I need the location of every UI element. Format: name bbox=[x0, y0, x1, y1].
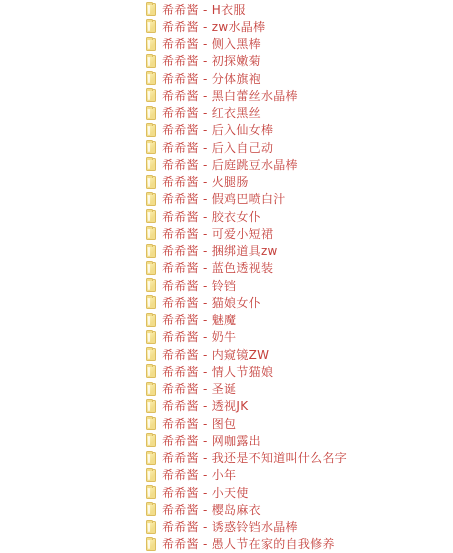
file-name: 希希酱 - 图包 bbox=[162, 418, 236, 430]
file-row[interactable]: 希希酱 - 图包 bbox=[146, 415, 347, 432]
file-row[interactable]: 希希酱 - 圣诞 bbox=[146, 381, 347, 398]
file-row[interactable]: 希希酱 - 胶衣女仆 bbox=[146, 208, 347, 225]
file-row[interactable]: 希希酱 - 假鸡巴喷白汁 bbox=[146, 191, 347, 208]
file-name: 希希酱 - 后入仙女棒 bbox=[162, 124, 273, 136]
file-name: 希希酱 - 蓝色透视装 bbox=[162, 262, 273, 274]
file-name: 希希酱 - 后庭跳豆水晶棒 bbox=[162, 159, 298, 171]
file-name: 希希酱 - 分体旗袍 bbox=[162, 73, 261, 85]
file-name: 希希酱 - H衣服 bbox=[162, 4, 246, 16]
folder-icon bbox=[146, 296, 156, 309]
file-row[interactable]: 希希酱 - 魅魔 bbox=[146, 312, 347, 329]
file-name: 希希酱 - 后入自己动 bbox=[162, 142, 273, 154]
file-name: 希希酱 - 胶衣女仆 bbox=[162, 211, 261, 223]
file-row[interactable]: 希希酱 - 初探嫩菊 bbox=[146, 53, 347, 70]
folder-icon bbox=[146, 89, 156, 102]
file-row[interactable]: 希希酱 - 火腿肠 bbox=[146, 174, 347, 191]
file-row[interactable]: 希希酱 - 黑白蕾丝水晶棒 bbox=[146, 87, 347, 104]
file-name: 希希酱 - 可爱小短裙 bbox=[162, 228, 273, 240]
file-row[interactable]: 希希酱 - 奶牛 bbox=[146, 329, 347, 346]
folder-icon bbox=[146, 365, 156, 378]
file-name: 希希酱 - 红衣黑丝 bbox=[162, 107, 261, 119]
folder-icon bbox=[146, 400, 156, 413]
file-name: 希希酱 - 火腿肠 bbox=[162, 176, 249, 188]
file-row[interactable]: 希希酱 - 后庭跳豆水晶棒 bbox=[146, 156, 347, 173]
file-row[interactable]: 希希酱 - 内窥镜ZW bbox=[146, 346, 347, 363]
file-row[interactable]: 希希酱 - 透视JK bbox=[146, 398, 347, 415]
folder-icon bbox=[146, 141, 156, 154]
file-row[interactable]: 希希酱 - 情人节猫娘 bbox=[146, 363, 347, 380]
file-name: 希希酱 - 假鸡巴喷白汁 bbox=[162, 193, 286, 205]
file-name: 希希酱 - 诱惑铃铛水晶棒 bbox=[162, 521, 298, 533]
folder-icon bbox=[146, 503, 156, 516]
folder-icon bbox=[146, 210, 156, 223]
file-row[interactable]: 希希酱 - 小年 bbox=[146, 467, 347, 484]
folder-icon bbox=[146, 107, 156, 120]
file-row[interactable]: 希希酱 - 樱岛麻衣 bbox=[146, 501, 347, 518]
file-name: 希希酱 - 初探嫩菊 bbox=[162, 55, 261, 67]
folder-icon bbox=[146, 538, 156, 551]
file-name: 希希酱 - 内窥镜ZW bbox=[162, 349, 269, 361]
file-name: 希希酱 - 网咖露出 bbox=[162, 435, 261, 447]
folder-icon bbox=[146, 227, 156, 240]
file-row[interactable]: 希希酱 - 猫娘女仆 bbox=[146, 294, 347, 311]
folder-icon bbox=[146, 55, 156, 68]
file-row[interactable]: 希希酱 - 蓝色透视装 bbox=[146, 260, 347, 277]
file-name: 希希酱 - 奶牛 bbox=[162, 331, 236, 343]
folder-icon bbox=[146, 176, 156, 189]
folder-icon bbox=[146, 331, 156, 344]
folder-icon bbox=[146, 383, 156, 396]
folder-icon bbox=[146, 38, 156, 51]
file-name: 希希酱 - 铃铛 bbox=[162, 280, 236, 292]
folder-icon bbox=[146, 158, 156, 171]
file-row[interactable]: 希希酱 - 分体旗袍 bbox=[146, 70, 347, 87]
file-name: 希希酱 - 魅魔 bbox=[162, 314, 236, 326]
file-list: 希希酱 - H衣服 希希酱 - zw水晶棒 希希酱 - 侧入黑棒 希希酱 - 初… bbox=[146, 1, 347, 553]
folder-icon bbox=[146, 348, 156, 361]
folder-icon bbox=[146, 193, 156, 206]
file-name: 希希酱 - zw水晶棒 bbox=[162, 21, 265, 33]
folder-icon bbox=[146, 245, 156, 258]
file-row[interactable]: 希希酱 - 后入自己动 bbox=[146, 139, 347, 156]
file-row[interactable]: 希希酱 - zw水晶棒 bbox=[146, 18, 347, 35]
folder-icon bbox=[146, 20, 156, 33]
file-name: 希希酱 - 我还是不知道叫什么名字 bbox=[162, 452, 347, 464]
file-row[interactable]: 希希酱 - 我还是不知道叫什么名字 bbox=[146, 450, 347, 467]
file-name: 希希酱 - 捆绑道具zw bbox=[162, 245, 278, 257]
file-name: 希希酱 - 黑白蕾丝水晶棒 bbox=[162, 90, 298, 102]
folder-icon bbox=[146, 3, 156, 16]
file-name: 希希酱 - 侧入黑棒 bbox=[162, 38, 261, 50]
file-row[interactable]: 希希酱 - 侧入黑棒 bbox=[146, 36, 347, 53]
folder-listing-page: 希希酱 - H衣服 希希酱 - zw水晶棒 希希酱 - 侧入黑棒 希希酱 - 初… bbox=[0, 0, 453, 553]
folder-icon bbox=[146, 417, 156, 430]
file-name: 希希酱 - 小天使 bbox=[162, 487, 249, 499]
folder-icon bbox=[146, 72, 156, 85]
file-row[interactable]: 希希酱 - 诱惑铃铛水晶棒 bbox=[146, 519, 347, 536]
file-row[interactable]: 希希酱 - 后入仙女棒 bbox=[146, 122, 347, 139]
file-row[interactable]: 希希酱 - 愚人节在家的自我修养 bbox=[146, 536, 347, 553]
file-name: 希希酱 - 猫娘女仆 bbox=[162, 297, 261, 309]
file-row[interactable]: 希希酱 - 铃铛 bbox=[146, 277, 347, 294]
file-row[interactable]: 希希酱 - 捆绑道具zw bbox=[146, 243, 347, 260]
file-name: 希希酱 - 小年 bbox=[162, 469, 236, 481]
file-name: 希希酱 - 情人节猫娘 bbox=[162, 366, 273, 378]
file-name: 希希酱 - 透视JK bbox=[162, 400, 248, 412]
file-name: 希希酱 - 愚人节在家的自我修养 bbox=[162, 538, 335, 550]
file-row[interactable]: 希希酱 - 网咖露出 bbox=[146, 432, 347, 449]
file-row[interactable]: 希希酱 - H衣服 bbox=[146, 1, 347, 18]
folder-icon bbox=[146, 469, 156, 482]
file-row[interactable]: 希希酱 - 红衣黑丝 bbox=[146, 105, 347, 122]
folder-icon bbox=[146, 452, 156, 465]
folder-icon bbox=[146, 279, 156, 292]
folder-icon bbox=[146, 434, 156, 447]
file-name: 希希酱 - 圣诞 bbox=[162, 383, 236, 395]
folder-icon bbox=[146, 314, 156, 327]
file-name: 希希酱 - 樱岛麻衣 bbox=[162, 504, 261, 516]
folder-icon bbox=[146, 486, 156, 499]
folder-icon bbox=[146, 262, 156, 275]
file-row[interactable]: 希希酱 - 小天使 bbox=[146, 484, 347, 501]
folder-icon bbox=[146, 124, 156, 137]
folder-icon bbox=[146, 521, 156, 534]
file-row[interactable]: 希希酱 - 可爱小短裙 bbox=[146, 225, 347, 242]
